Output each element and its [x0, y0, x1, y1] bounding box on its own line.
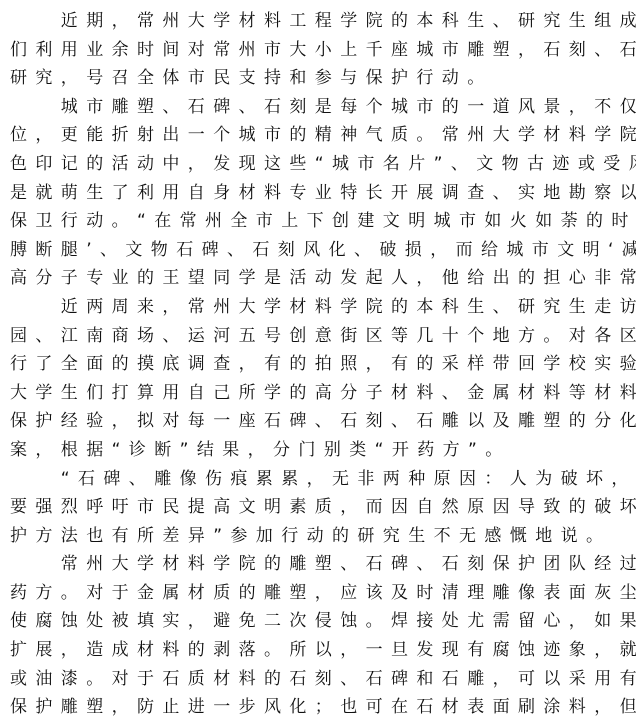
text-line: 保护雕塑，防止进一步风化；也可在石材表面刷涂料，但必须采用柔性涂层。: [10, 693, 630, 721]
text-line: 高分子专业的王望同学是活动发起人，他给出的担心非常“中肯”。: [10, 264, 630, 293]
paragraph-1: 近期，常州大学材料工程学院的本科生、研究生组成了一支特殊的志愿者队伍，他 们利用…: [10, 7, 630, 93]
text-line: 大学生们打算用自己所学的高分子材料、金属材料等材料学专业知识，结合国内外相关: [10, 379, 630, 408]
text-line: 要强烈呼吁市民提高文明素质，而因自然原因导致的破坏，根据材质的不同，修复和保: [10, 493, 630, 522]
text-line: 药方。对于金属材质的雕塑，应该及时清理雕像表面灰尘，封涂一层固体石蜡或树脂，: [10, 579, 630, 608]
text-line: 案，根据“诊断”结果，分门别类“开药方”。: [10, 436, 630, 465]
paragraph-4: “石碑、雕像伤痕累累，无非两种原因：人为破坏，风化腐蚀。对于前者，我们需 要强烈…: [10, 465, 630, 551]
paragraph-2: 城市雕塑、石碑、石刻是每个城市的一道风景，不仅能彰显城市的文化内涵和品 位，更能…: [10, 93, 630, 293]
text-line: 保卫行动。“在常州全市上下创建文明城市如火如荼的时候，不能因为城市雕塑‘缺胳: [10, 207, 630, 236]
text-line: 膊断腿’、文物石碑、石刻风化、破损，而给城市文明‘减分’。”常州大学材料学院: [10, 236, 630, 265]
text-line: 保护经验，拟对每一座石碑、石刻、石雕以及雕塑的分化、腐蚀、破损程度建立一个档: [10, 407, 630, 436]
paragraph-5: 常州大学材料学院的雕塑、石碑、石刻保护团队经过调查和研究，初步开出了一个 药方。…: [10, 550, 630, 721]
text-line: 近期，常州大学材料工程学院的本科生、研究生组成了一支特殊的志愿者队伍，他: [10, 7, 630, 36]
text-line: 位，更能折射出一个城市的精神气质。常州大学材料学院的大学生们在学院开展寻访红: [10, 121, 630, 150]
text-line: 使腐蚀处被填实，避免二次侵蚀。焊接处尤需留心，如果此处产生腐蚀裂纹，就会快速: [10, 607, 630, 636]
text-line: 色印记的活动中，发现这些“城市名片”、文物古迹或受风化腐蚀，或遭人为破坏，于: [10, 150, 630, 179]
paragraph-3: 近两周来，常州大学材料学院的本科生、研究生走访了人民公园、东坡公园、椿桂 园、江…: [10, 293, 630, 465]
text-line: 近两周来，常州大学材料学院的本科生、研究生走访了人民公园、东坡公园、椿桂: [10, 293, 630, 322]
text-line: 们利用业余时间对常州市大小上千座城市雕塑，石刻、石碑和石塑进行全面调查和分类: [10, 36, 630, 65]
text-line: 园、江南商场、运河五号创意街区等几十个地方。对各区、各路的雕塑、石碑、石刻进: [10, 322, 630, 351]
text-line: 常州大学材料学院的雕塑、石碑、石刻保护团队经过调查和研究，初步开出了一个: [10, 550, 630, 579]
text-line: 行了全面的摸底调查，有的拍照，有的采样带回学校实验室分析其腐蚀损坏的原因等。: [10, 350, 630, 379]
text-line: 扩展，造成材料的剥落。所以，一旦发现有腐蚀迹象，就要迅速弥补，封涂石蜡、树脂: [10, 636, 630, 665]
article-body: 近期，常州大学材料工程学院的本科生、研究生组成了一支特殊的志愿者队伍，他 们利用…: [10, 7, 630, 721]
text-line: 或油漆。对于石质材料的石刻、石碑和石雕，可以采用有机玻璃罩，既不影响观赏又可: [10, 665, 630, 694]
text-line: “石碑、雕像伤痕累累，无非两种原因：人为破坏，风化腐蚀。对于前者，我们需: [10, 465, 630, 494]
text-line: 城市雕塑、石碑、石刻是每个城市的一道风景，不仅能彰显城市的文化内涵和品: [10, 93, 630, 122]
text-line: 是就萌生了利用自身材料专业特长开展调查、实地勘察以及有正对性地提出保护方案的: [10, 179, 630, 208]
text-line: 研究，号召全体市民支持和参与保护行动。: [10, 64, 630, 93]
text-line: 护方法也有所差异”参加行动的研究生不无感慨地说。: [10, 522, 630, 551]
